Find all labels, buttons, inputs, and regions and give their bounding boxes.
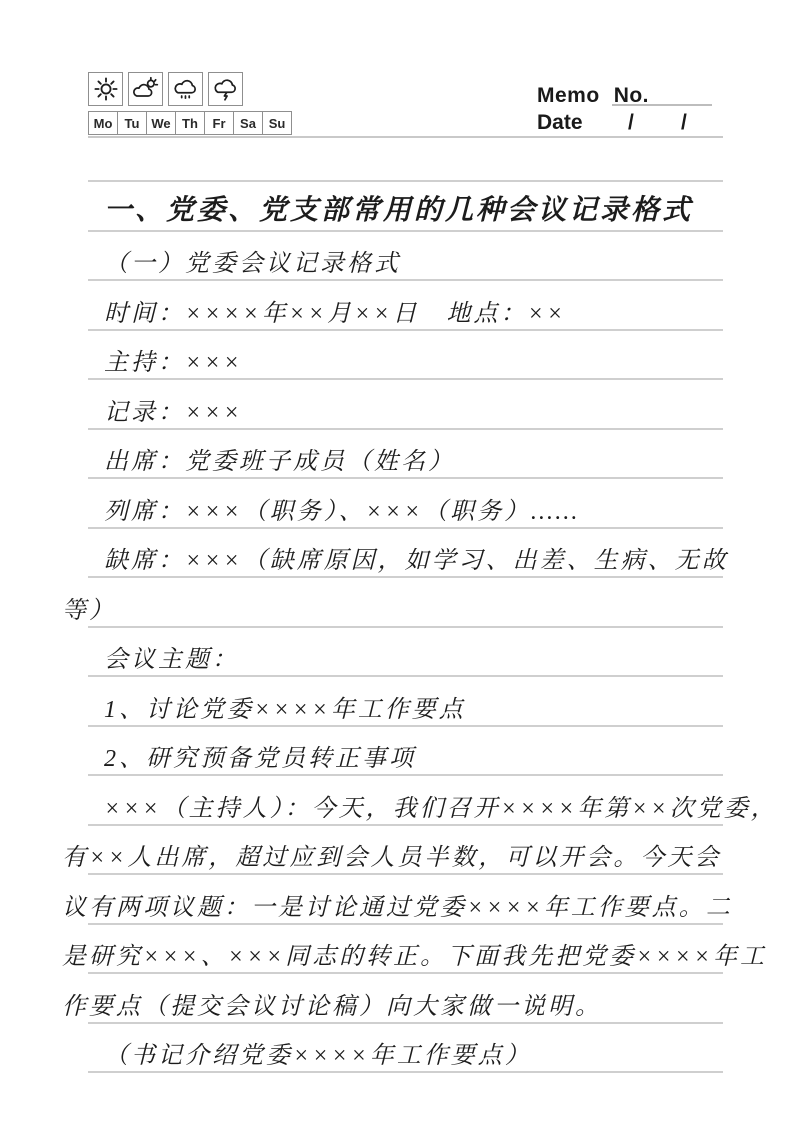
line-text: 会议主题： (104, 639, 239, 674)
line-text: ×××（主持人）：今天，我们召开××××年第××次党委， (104, 788, 778, 823)
weather-option-partly-cloudy (128, 72, 163, 106)
date-row: Date / / (537, 111, 583, 135)
line-text: 缺席：×××（缺席原因，如学习、出差、生病、无故 (104, 540, 729, 575)
line-text: 时间：××××年××月××日 地点：×× (104, 293, 566, 328)
text-row: 2、研究预备党员转正事项 (88, 727, 723, 777)
weekday-th: Th (175, 111, 205, 135)
date-separator-1: / (628, 111, 634, 135)
weekday-we: We (146, 111, 176, 135)
line-text: 议有两项议题：一是讨论通过党委××××年工作要点。二 (62, 887, 733, 922)
line-text: 列席：×××（职务）、×××（职务）…… (104, 491, 580, 526)
text-row: 列席：×××（职务）、×××（职务）…… (88, 479, 723, 529)
line-text: 等） (62, 590, 116, 625)
text-row: 1、讨论党委××××年工作要点 (88, 677, 723, 727)
weekday-su: Su (262, 111, 292, 135)
line-text: （书记介绍党委××××年工作要点） (104, 1035, 532, 1070)
text-row: 出席：党委班子成员（姓名） (88, 430, 723, 480)
weekday-mo: Mo (88, 111, 118, 135)
weather-option-stormy (208, 72, 243, 106)
text-row: （书记介绍党委××××年工作要点） (88, 1024, 723, 1074)
memo-page: Mo Tu We Th Fr Sa Su MemoNo. Date / / 一、… (0, 0, 793, 1122)
weekday-fr: Fr (204, 111, 234, 135)
line-text: 有××人出席，超过应到会人员半数，可以开会。今天会 (62, 837, 721, 872)
text-row: 是研究×××、×××同志的转正。下面我先把党委××××年工 (88, 925, 723, 975)
weekday-sa: Sa (233, 111, 263, 135)
header-divider (88, 136, 723, 138)
line-text: 是研究×××、×××同志的转正。下面我先把党委××××年工 (62, 936, 767, 971)
writing-area: 一、党委、党支部常用的几种会议记录格式 （一）党委会议记录格式 时间：××××年… (88, 180, 723, 1073)
line-text: 主持：××× (104, 342, 243, 377)
title-row: 一、党委、党支部常用的几种会议记录格式 (88, 182, 723, 232)
text-row: 主持：××× (88, 331, 723, 381)
text-row: 有××人出席，超过应到会人员半数，可以开会。今天会 (88, 826, 723, 876)
cloud-sun-icon (132, 76, 160, 102)
text-row: （一）党委会议记录格式 (88, 232, 723, 282)
text-row: 缺席：×××（缺席原因，如学习、出差、生病、无故 (88, 529, 723, 579)
weather-option-sunny (88, 72, 123, 106)
cloud-lightning-icon (212, 76, 240, 102)
line-text: 记录：××× (104, 392, 243, 427)
line-text: 2、研究预备党员转正事项 (104, 738, 416, 773)
memo-no-blank-line (612, 104, 712, 106)
date-separator-2: / (681, 111, 687, 135)
weekday-row: Mo Tu We Th Fr Sa Su (88, 111, 292, 135)
text-row: ×××（主持人）：今天，我们召开××××年第××次党委， (88, 776, 723, 826)
line-text: 1、讨论党委××××年工作要点 (104, 689, 466, 724)
text-row: 记录：××× (88, 380, 723, 430)
sun-icon (93, 76, 119, 102)
line-text: 作要点（提交会议讨论稿）向大家做一说明。 (62, 986, 602, 1021)
date-label: Date (537, 111, 583, 134)
cloud-rain-icon (172, 76, 200, 102)
text-row: 会议主题： (88, 628, 723, 678)
text-row: 议有两项议题：一是讨论通过党委××××年工作要点。二 (88, 875, 723, 925)
weather-option-rainy (168, 72, 203, 106)
weather-icon-row (88, 72, 243, 106)
page-title: 一、党委、党支部常用的几种会议记录格式 (104, 188, 693, 228)
text-row: 时间：××××年××月××日 地点：×× (88, 281, 723, 331)
memo-label: Memo (537, 84, 600, 107)
text-row: 作要点（提交会议讨论稿）向大家做一说明。 (88, 974, 723, 1024)
text-row: 等） (88, 578, 723, 628)
line-text: （一）党委会议记录格式 (104, 243, 401, 278)
line-text: 出席：党委班子成员（姓名） (104, 441, 455, 476)
weekday-tu: Tu (117, 111, 147, 135)
